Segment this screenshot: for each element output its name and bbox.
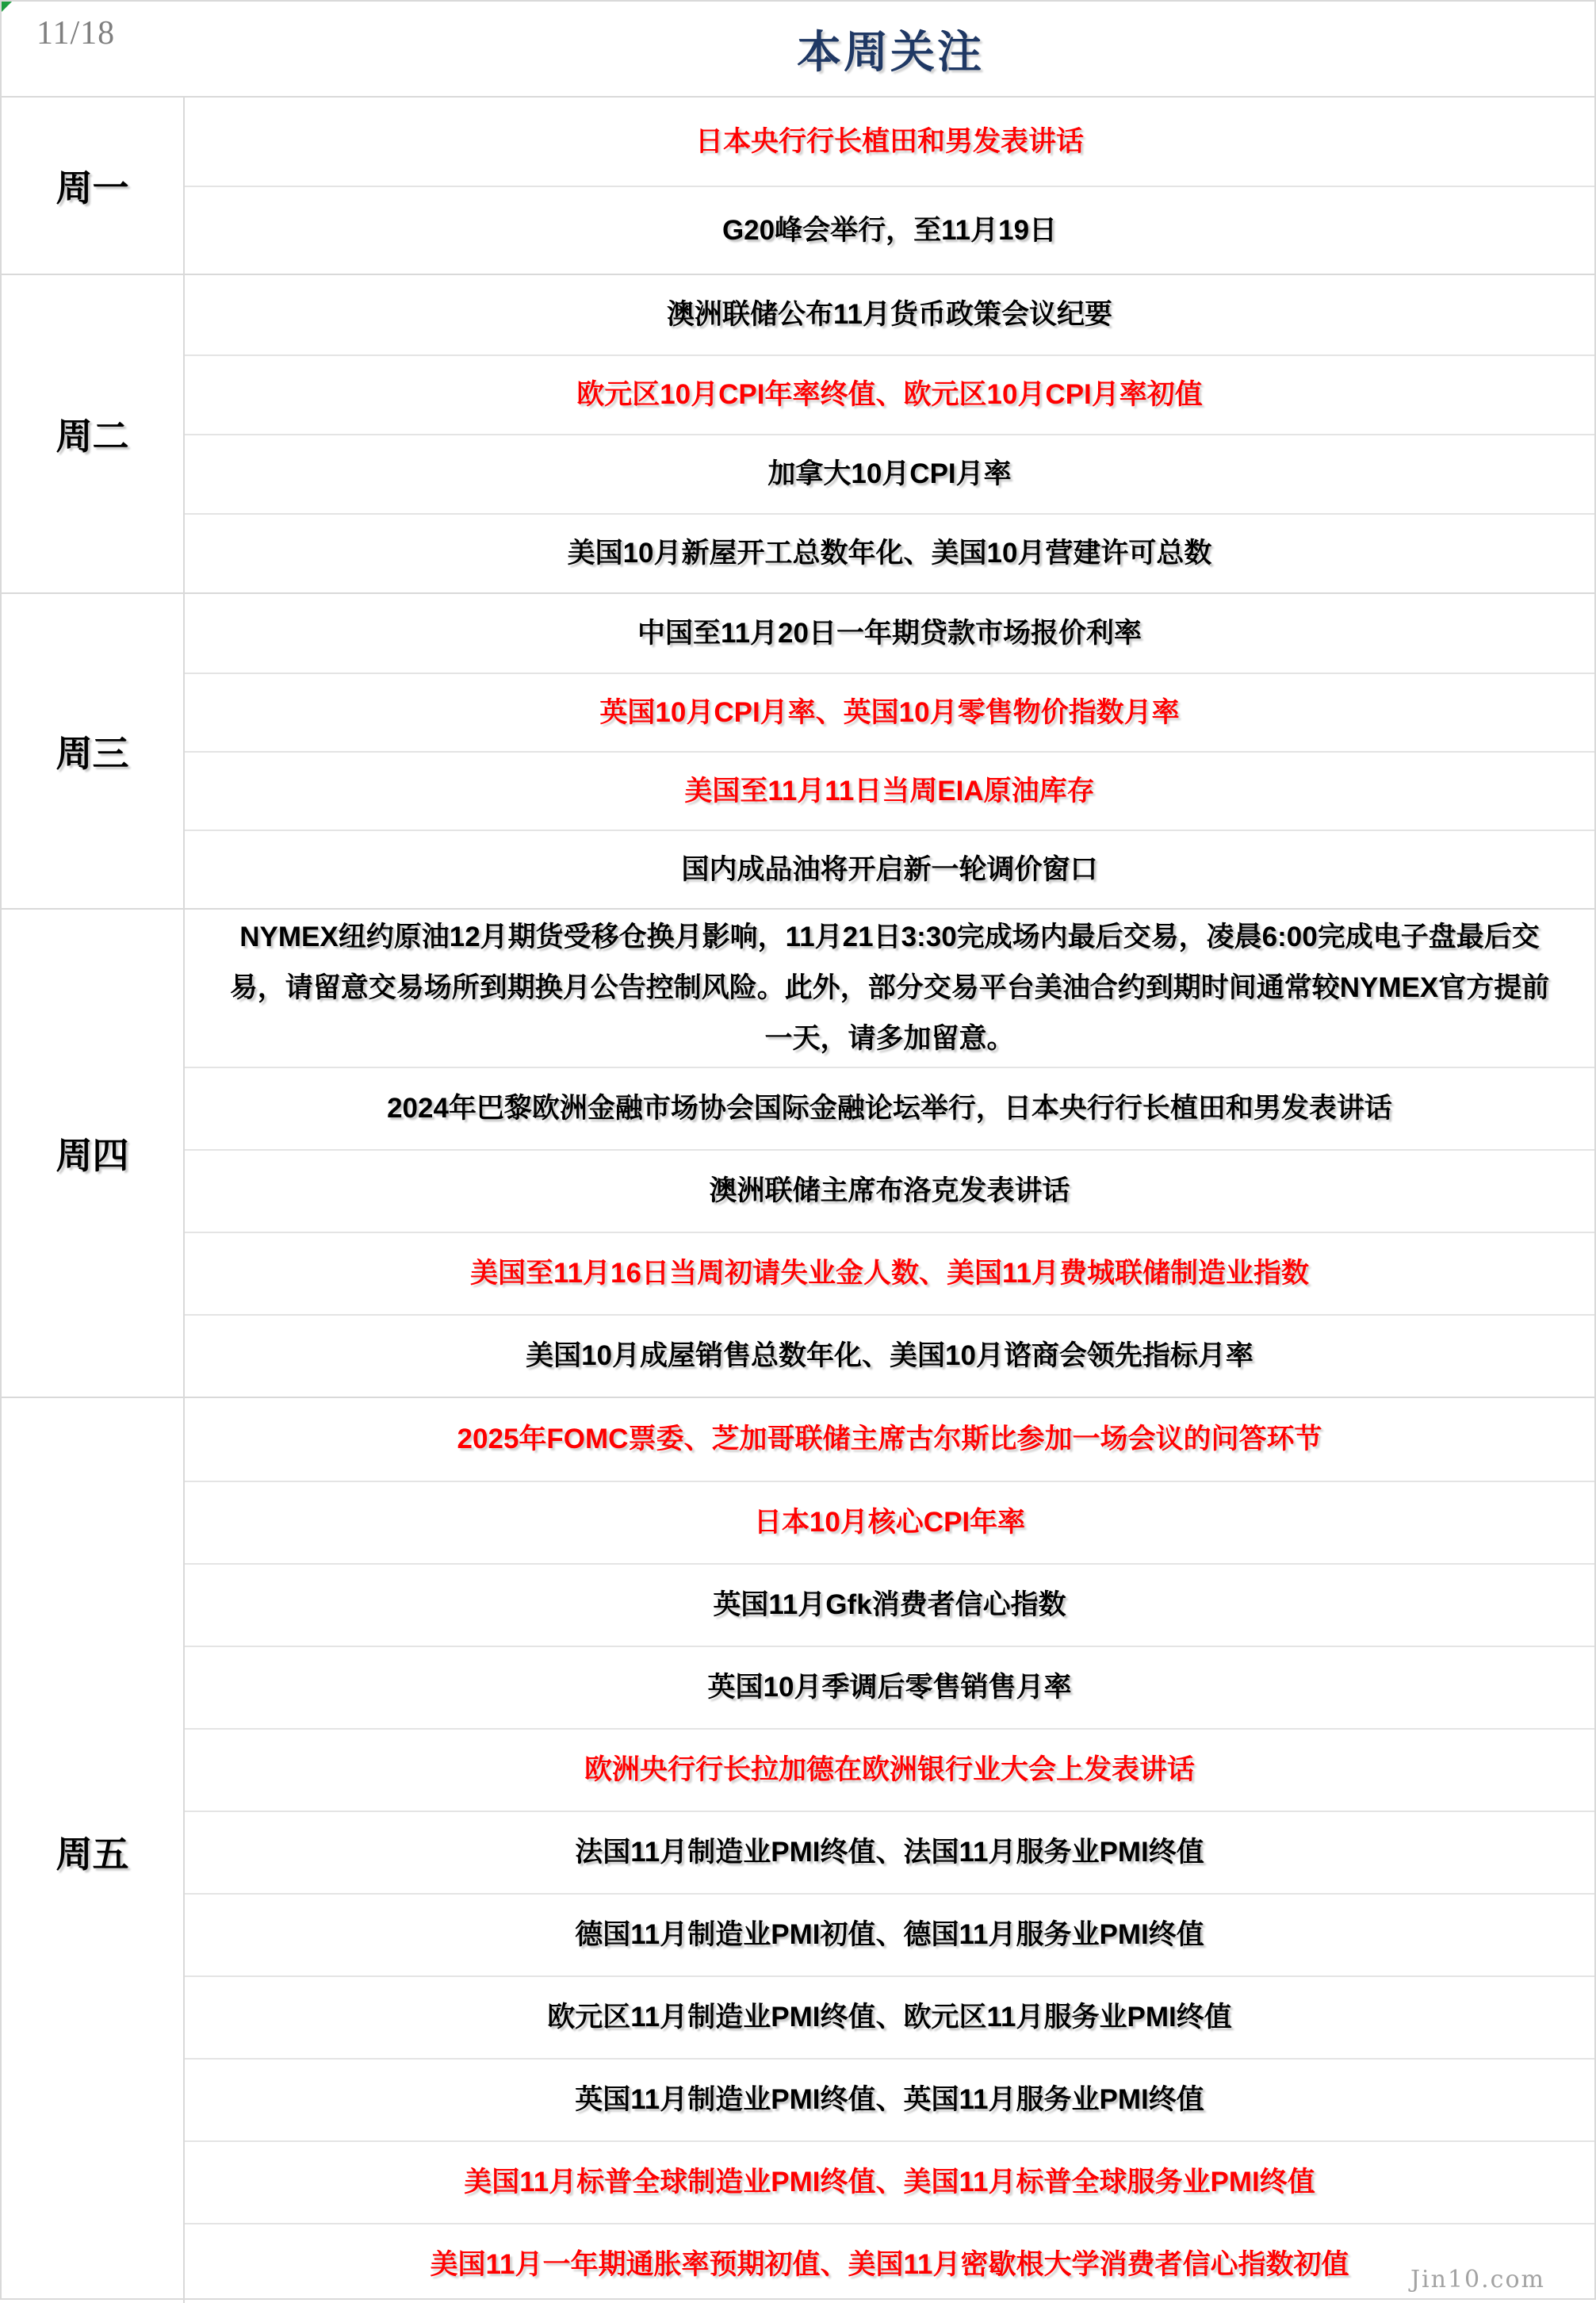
event-row: 德国11月制造业PMI初值、德国11月服务业PMI终值: [185, 1893, 1594, 1975]
event-row: 英国11月Gfk消费者信心指数: [185, 1563, 1594, 1646]
event-text: 美国至11月11日当周EIA原油库存: [684, 766, 1094, 817]
event-text: 美国10月成屋销售总数年化、美国10月谘商会领先指标月率: [526, 1331, 1253, 1381]
day-section: 周二澳洲联储公布11月货币政策会议纪要欧元区10月CPI年率终值、欧元区10月C…: [2, 274, 1594, 592]
event-row: 法国11月制造业PMI终值、法国11月服务业PMI终值: [185, 1811, 1594, 1893]
event-row: 日本央行行长植田和男发表讲话: [185, 98, 1594, 186]
day-label: 周三: [56, 725, 129, 777]
weekly-focus-table: 11/18 本周关注 周一日本央行行长植田和男发表讲话G20峰会举行，至11月1…: [0, 0, 1596, 2300]
event-rows: 2025年FOMC票委、芝加哥联储主席古尔斯比参加一场会议的问答环节日本10月核…: [185, 1398, 1594, 2303]
day-cell: 周五: [2, 1398, 185, 2303]
corner-flag-icon: [2, 2, 12, 12]
event-text: 法国11月制造业PMI终值、法国11月服务业PMI终值: [575, 1827, 1204, 1878]
event-text: 国内成品油将开启新一轮调价窗口: [681, 845, 1097, 895]
day-cell: 周四: [2, 910, 185, 1397]
event-rows: 中国至11月20日一年期贷款市场报价利率英国10月CPI月率、英国10月零售物价…: [185, 594, 1594, 908]
event-row: 2024年巴黎欧洲金融市场协会国际金融论坛举行，日本央行行长植田和男发表讲话: [185, 1067, 1594, 1149]
event-text: 英国10月CPI月率、英国10月零售物价指数月率: [599, 688, 1179, 738]
event-row: 中国至11月20日一年期贷款市场报价利率: [185, 594, 1594, 673]
event-row: 英国10月CPI月率、英国10月零售物价指数月率: [185, 673, 1594, 751]
event-text: 英国10月季调后零售销售月率: [708, 1662, 1072, 1713]
event-rows: 日本央行行长植田和男发表讲话G20峰会举行，至11月19日: [185, 98, 1594, 274]
page-title: 本周关注: [612, 17, 984, 81]
day-label: 周二: [56, 408, 129, 460]
day-label: 周一: [56, 159, 129, 212]
weekly-focus-page: 11/18 本周关注 周一日本央行行长植田和男发表讲话G20峰会举行，至11月1…: [0, 0, 1596, 2303]
event-row: 英国11月制造业PMI终值、英国11月服务业PMI终值: [185, 2058, 1594, 2140]
day-cell: 周三: [2, 594, 185, 908]
event-text: 欧元区11月制造业PMI终值、欧元区11月服务业PMI终值: [547, 1992, 1231, 2043]
event-row: 欧元区11月制造业PMI终值、欧元区11月服务业PMI终值: [185, 1975, 1594, 2058]
event-row: 2025年FOMC票委、芝加哥联储主席古尔斯比参加一场会议的问答环节: [185, 1398, 1594, 1481]
day-section: 周五2025年FOMC票委、芝加哥联储主席古尔斯比参加一场会议的问答环节日本10…: [2, 1397, 1594, 2303]
event-text: 澳洲联储主席布洛克发表讲话: [709, 1166, 1070, 1217]
event-row: 欧元区10月CPI年率终值、欧元区10月CPI月率初值: [185, 354, 1594, 434]
event-text: 2025年FOMC票委、芝加哥联储主席古尔斯比参加一场会议的问答环节: [457, 1414, 1322, 1465]
event-row: 加拿大10月CPI月率: [185, 434, 1594, 513]
event-text: 日本央行行长植田和男发表讲话: [695, 117, 1084, 167]
event-row: 美国10月成屋销售总数年化、美国10月谘商会领先指标月率: [185, 1314, 1594, 1397]
event-text: 美国10月新屋开工总数年化、美国10月营建许可总数: [568, 528, 1212, 579]
table-header: 11/18 本周关注: [2, 2, 1594, 98]
day-section: 周一日本央行行长植田和男发表讲话G20峰会举行，至11月19日: [2, 98, 1594, 274]
day-cell: 周二: [2, 275, 185, 592]
event-row: 澳洲联储公布11月货币政策会议纪要: [185, 275, 1594, 354]
event-text: 英国11月Gfk消费者信心指数: [713, 1580, 1066, 1630]
event-text: 美国11月标普全球制造业PMI终值、美国11月标普全球服务业PMI终值: [464, 2157, 1315, 2208]
event-text: 中国至11月20日一年期贷款市场报价利率: [637, 608, 1142, 659]
event-text: 加拿大10月CPI月率: [767, 449, 1011, 500]
event-text: 美国至11月16日当周初请失业金人数、美国11月费城联储制造业指数: [470, 1248, 1309, 1299]
event-text: 德国11月制造业PMI初值、德国11月服务业PMI终值: [575, 1910, 1204, 1960]
event-row: 英国10月季调后零售销售月率: [185, 1646, 1594, 1728]
event-row: 美国10月新屋开工总数年化、美国10月营建许可总数: [185, 513, 1594, 592]
event-row: 美国至11月16日当周初请失业金人数、美国11月费城联储制造业指数: [185, 1232, 1594, 1314]
event-row: G20峰会举行，至11月19日: [185, 186, 1594, 274]
day-section: 周四NYMEX纽约原油12月期货受移仓换月影响，11月21日3:30完成场内最后…: [2, 908, 1594, 1397]
event-text: 澳洲联储公布11月货币政策会议纪要: [667, 289, 1112, 340]
event-text: 2024年巴黎欧洲金融市场协会国际金融论坛举行，日本央行行长植田和男发表讲话: [387, 1083, 1392, 1134]
event-text: 英国11月制造业PMI终值、英国11月服务业PMI终值: [575, 2075, 1204, 2125]
event-row: 国内成品油将开启新一轮调价窗口: [185, 830, 1594, 908]
sections-container: 周一日本央行行长植田和男发表讲话G20峰会举行，至11月19日周二澳洲联储公布1…: [2, 98, 1594, 2303]
event-row: NYMEX纽约原油12月期货受移仓换月影响，11月21日3:30完成场内最后交易…: [185, 910, 1594, 1067]
event-rows: 澳洲联储公布11月货币政策会议纪要欧元区10月CPI年率终值、欧元区10月CPI…: [185, 275, 1594, 592]
watermark: Jin10.com: [1410, 2266, 1545, 2293]
event-row: 日本10月核心CPI年率: [185, 1481, 1594, 1563]
day-cell: 周一: [2, 98, 185, 274]
event-row: 澳洲联储主席布洛克发表讲话: [185, 1149, 1594, 1232]
event-text: G20峰会举行，至11月19日: [722, 205, 1057, 256]
event-text: 欧洲央行行长拉加德在欧洲银行业大会上发表讲话: [584, 1745, 1195, 1795]
day-label: 周五: [56, 1826, 129, 1878]
event-text: 美国11月一年期通胀率预期初值、美国11月密歇根大学消费者信心指数初值: [430, 2240, 1349, 2290]
date-label: 11/18: [36, 14, 115, 52]
event-rows: NYMEX纽约原油12月期货受移仓换月影响，11月21日3:30完成场内最后交易…: [185, 910, 1594, 1397]
event-row: 美国11月一年期通胀率预期初值、美国11月密歇根大学消费者信心指数初值: [185, 2223, 1594, 2303]
event-text: 日本10月核心CPI年率: [754, 1497, 1025, 1548]
day-label: 周四: [56, 1127, 129, 1179]
event-text: 欧元区10月CPI年率终值、欧元区10月CPI月率初值: [576, 370, 1203, 420]
day-section: 周三中国至11月20日一年期贷款市场报价利率英国10月CPI月率、英国10月零售…: [2, 592, 1594, 908]
event-row: 美国11月标普全球制造业PMI终值、美国11月标普全球服务业PMI终值: [185, 2140, 1594, 2223]
event-row: 欧洲央行行长拉加德在欧洲银行业大会上发表讲话: [185, 1728, 1594, 1811]
event-text: NYMEX纽约原油12月期货受移仓换月影响，11月21日3:30完成场内最后交易…: [224, 912, 1555, 1064]
event-row: 美国至11月11日当周EIA原油库存: [185, 751, 1594, 830]
